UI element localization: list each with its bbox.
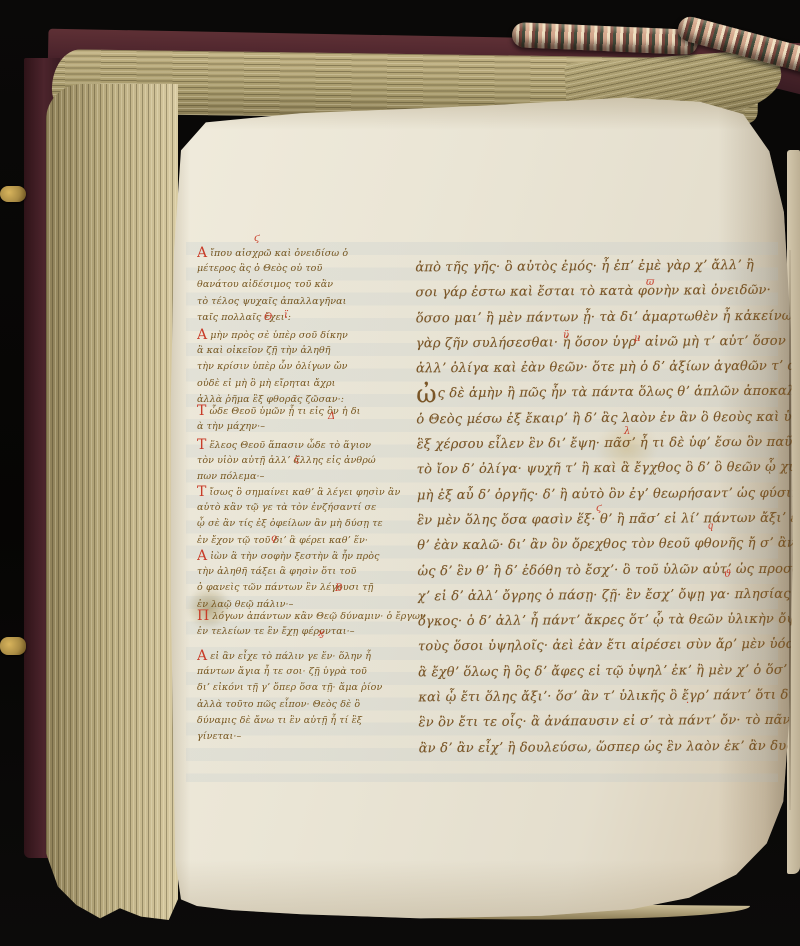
rubric-mark: ϊ <box>284 311 288 321</box>
rubric-mark: ϛ <box>596 504 602 514</box>
rubric-mark: ϛ <box>254 234 260 244</box>
rubric-mark: ϴ <box>264 313 272 323</box>
rubric-mark: ϋ <box>563 331 569 341</box>
clasp-pin <box>0 637 26 655</box>
manuscript-page[interactable]: Αἴπου αἰσχρῶ καὶ ὀνειδίσω ὁμέτερος ἃς ὁ … <box>160 96 796 920</box>
rubric-mark: Β <box>335 584 342 594</box>
rubric-mark: ϙ <box>271 534 277 544</box>
rubric-mark: ϥ <box>708 524 713 534</box>
rubric-mark: ϛ <box>294 455 300 465</box>
gutter-crease <box>789 250 791 810</box>
manuscript-photo: Photograph of an opened parchment codex:… <box>0 0 800 946</box>
rubric-mark: Δ <box>328 412 335 422</box>
clasp-pin <box>0 186 26 202</box>
rubric-mark: λ <box>624 427 630 437</box>
rubric-mark: · <box>686 699 689 709</box>
page-edge-striations <box>46 84 178 920</box>
photo-caption: Photograph of an opened parchment codex:… <box>0 0 1 1</box>
rubric-mark: ϖ <box>646 278 654 288</box>
rubric-mark: ϑ <box>724 570 731 580</box>
rubric-mark: ϗ <box>318 629 324 639</box>
page-stack-fore-edge <box>46 84 178 920</box>
rubric-marks-layer: ϛϴϊΔϛϙΒϗϖϋμλϛϥϑ· <box>160 96 796 920</box>
rubric-mark: μ <box>634 334 641 344</box>
